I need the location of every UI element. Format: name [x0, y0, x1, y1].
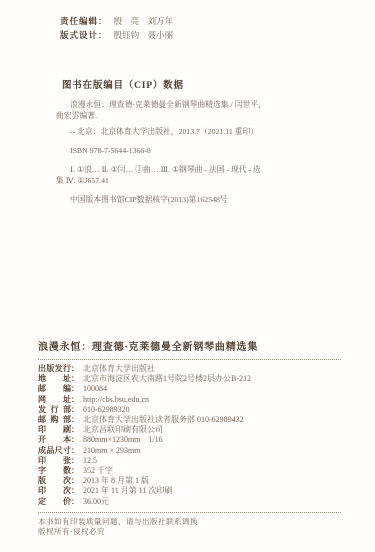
word-count-label: 字数 — [38, 466, 71, 476]
layout-designer-row: 版式设计： 殷钰钧 聂小丽 — [60, 29, 173, 43]
cip-line-record-number: 中国版本图书馆CIP数据核字(2013)第162548号 — [56, 194, 324, 205]
printing-row: 印次：2021 年 11 月第 11 次印刷 — [38, 486, 341, 496]
address-row: 地址：北京市海淀区农大南路1号院2号楼2层办公B-212 — [38, 374, 341, 384]
responsible-editor-label: 责任编辑： — [60, 16, 108, 26]
responsible-editor-names: 殷 亮 刘万年 — [114, 16, 174, 26]
cip-line-publisher: -- 北京：北京体育大学出版社，2013.7（2021.11 重印） — [56, 126, 324, 137]
colon: ： — [71, 374, 79, 383]
website-label: 网址 — [38, 395, 71, 405]
finished-size-row: 成品尺寸：210mm × 293mm — [38, 446, 341, 456]
word-count-value: 352 千字 — [83, 466, 113, 475]
layout-designer-names: 殷钰钧 聂小丽 — [114, 30, 174, 40]
quality-exchange-note: 本书如有印装质量问题，请与出版社联系调换 — [38, 517, 341, 528]
colon: ： — [71, 364, 79, 373]
colon: ： — [71, 456, 79, 465]
format-value: 880mm×1230mm 1/16 — [83, 435, 163, 444]
printing-value: 2021 年 11 月第 11 次印刷 — [83, 486, 172, 495]
layout-designer-label: 版式设计： — [60, 30, 108, 40]
price-value: 36.00元 — [83, 497, 109, 506]
format-label: 开本 — [38, 435, 71, 445]
cip-line-classification: Ⅰ. ①浪… Ⅱ. ①闫… ②曲… Ⅲ. ①钢琴曲 - 法国 - 现代 - 选 — [56, 164, 324, 175]
cip-line-isbn: ISBN 978-7-5644-1366-8 — [56, 145, 324, 156]
finished-size-label: 成品尺寸 — [38, 446, 71, 456]
editor-credits-block: 责任编辑： 殷 亮 刘万年 版式设计： 殷钰钧 聂小丽 — [60, 15, 173, 42]
edition-value: 2013 年 8 月第 1 版 — [83, 476, 149, 485]
publisher-row: 出版发行：北京体育大学出版社 — [38, 364, 341, 374]
distribution-dept-value: 010-62989320 — [83, 405, 130, 414]
colophon-block: 浪漫永恒：理查德·克莱德曼全新钢琴曲精选集 出版发行：北京体育大学出版社 地址：… — [38, 338, 341, 538]
postcode-row: 邮编：100084 — [38, 384, 341, 394]
price-row: 定价：36.00元 — [38, 497, 341, 507]
notes-block: 本书如有印装质量问题，请与出版社联系调换 版权所有·侵权必究 — [38, 517, 341, 538]
mail-order-dept-label: 邮购部 — [38, 415, 71, 425]
edition-row: 版次：2013 年 8 月第 1 版 — [38, 476, 341, 486]
colon: ： — [71, 415, 79, 424]
sheets-label: 印张 — [38, 456, 71, 466]
mail-order-dept-value: 北京体育大学出版社读者服务部 010-62989432 — [83, 415, 244, 424]
printer-label: 印刷 — [38, 425, 71, 435]
publisher-label: 出版发行 — [38, 364, 71, 374]
colon: ： — [71, 425, 79, 434]
sheets-row: 印张：12.5 — [38, 456, 341, 466]
dotted-divider-top — [38, 359, 341, 360]
colon: ： — [71, 497, 79, 506]
colon: ： — [71, 476, 79, 485]
mail-order-dept-row: 邮购部：北京体育大学出版社读者服务部 010-62989432 — [38, 415, 341, 425]
price-label: 定价 — [38, 497, 71, 507]
address-label: 地址 — [38, 374, 71, 384]
website-row: 网址：http://cbs.bsu.edu.cn — [38, 395, 341, 405]
colon: ： — [71, 446, 79, 455]
cip-data-block: 图书在版编目（CIP）数据 浪漫永恒：理查德·克莱德曼全新钢琴曲精选集 / 闫世… — [56, 77, 324, 205]
responsible-editor-row: 责任编辑： 殷 亮 刘万年 — [60, 15, 173, 29]
cip-line-title-authors: 浪漫永恒：理查德·克莱德曼全新钢琴曲精选集 / 闫世平， — [56, 99, 324, 110]
colon: ： — [71, 405, 79, 414]
printing-label: 印次 — [38, 486, 71, 496]
website-value: http://cbs.bsu.edu.cn — [83, 395, 149, 404]
postcode-label: 邮编 — [38, 384, 71, 394]
publisher-value: 北京体育大学出版社 — [83, 364, 155, 373]
cip-line-authors-cont: 曲宏雲编著. — [56, 110, 324, 121]
printer-row: 印刷：北京昌联印刷有限公司 — [38, 425, 341, 435]
cip-line-classification-cont: 集 Ⅳ. ①J657.41 — [56, 175, 324, 186]
sheets-value: 12.5 — [83, 456, 97, 465]
address-value: 北京市海淀区农大南路1号院2号楼2层办公B-212 — [83, 374, 251, 383]
copyright-notice: 版权所有·侵权必究 — [38, 527, 341, 538]
edition-label: 版次 — [38, 476, 71, 486]
colon: ： — [71, 466, 79, 475]
format-row: 开本：880mm×1230mm 1/16 — [38, 435, 341, 445]
colon: ： — [71, 395, 79, 404]
finished-size-value: 210mm × 293mm — [83, 446, 140, 455]
word-count-row: 字数：352 千字 — [38, 466, 341, 476]
postcode-value: 100084 — [83, 384, 107, 393]
book-title: 浪漫永恒：理查德·克莱德曼全新钢琴曲精选集 — [38, 338, 341, 353]
copyright-page: 责任编辑： 殷 亮 刘万年 版式设计： 殷钰钧 聂小丽 图书在版编目（CIP）数… — [0, 0, 375, 552]
distribution-dept-label: 发行部 — [38, 405, 71, 415]
colon: ： — [71, 435, 79, 444]
cip-heading: 图书在版编目（CIP）数据 — [62, 77, 324, 91]
distribution-dept-row: 发行部：010-62989320 — [38, 405, 341, 415]
colon: ： — [71, 384, 79, 393]
printer-value: 北京昌联印刷有限公司 — [83, 425, 163, 434]
colon: ： — [71, 486, 79, 495]
publication-info-table: 出版发行：北京体育大学出版社 地址：北京市海淀区农大南路1号院2号楼2层办公B-… — [38, 364, 341, 507]
dotted-divider-bottom — [38, 512, 341, 513]
